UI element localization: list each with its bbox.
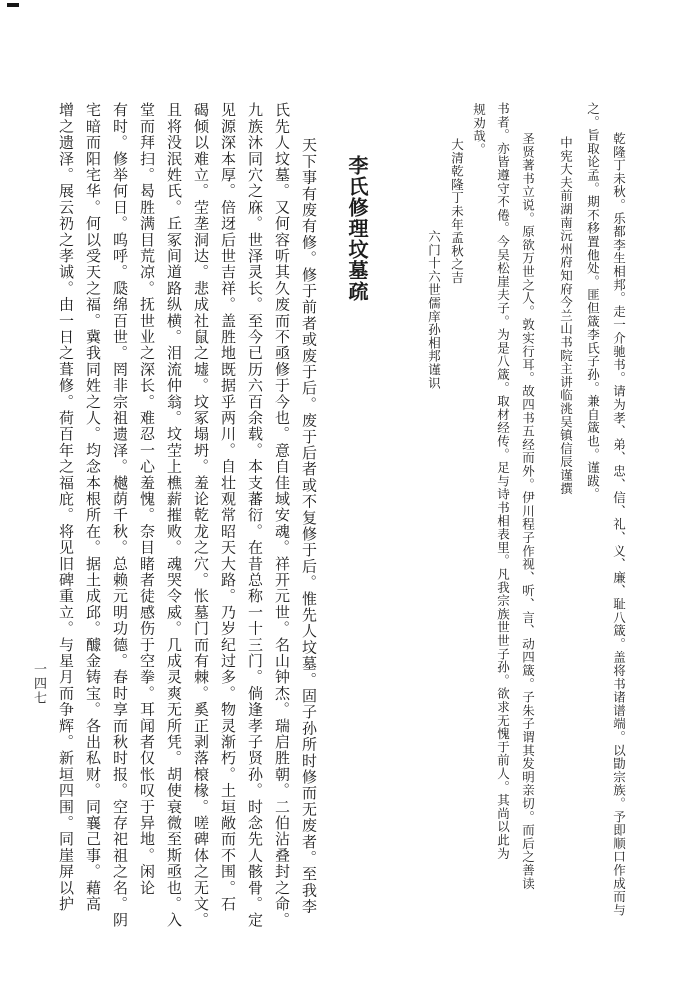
main-text-column-9: 宅暗而阳宅华。何以受天之福。冀我同姓之人。均念本根所在。据土成邱。醵金铸宝。各出…: [85, 102, 100, 912]
colophon-signature-wuzhen: 中宪大夫前湖南沅州府知府今兰山书院主讲临洮吴镇信辰谨撰: [559, 136, 572, 495]
page-title: 李氏修理坟墓疏: [347, 155, 367, 302]
colophon-date-line: 大清乾隆丁未年孟秋之吉: [450, 138, 463, 284]
colophon-column-6: 规劝哉。: [472, 103, 485, 156]
colophon-column-5: 书者。亦皆遵守不倦。今吴松崖夫子。为是八箴。取材经传。足与诗书相表里。凡我宗族世…: [496, 102, 509, 860]
colophon-column-1: 乾隆丁未秋。乐都李生相邦。走一介驰书。请为孝、弟、忠、信、礼、义、廉、耻八箴。盖…: [612, 132, 625, 917]
scan-edge-mark: [7, 3, 19, 7]
page-number: 一四七: [32, 662, 45, 706]
main-text-column-1: 天下事有废有修。修于前者或废于后。废于后者或不复修于后。惟先人坟墓。固子孙所时修…: [301, 137, 316, 915]
main-text-column-5: 碣倾以难立。茔垄洞达。悲成社鼠之墟。坟冢塌坍。羞论乾龙之穴。怅墓门而有棘。奚正剥…: [193, 102, 208, 928]
main-text-column-2: 氏先人坟墓。又何容听其久废而不亟修于今也。意自佳域安魂。祥开元世。名山钟杰。瑞启…: [274, 102, 289, 928]
main-text-column-3: 九族沐同穴之庥。世泽灵长。至今已历六百余载。本支蕃衍。在昔总称一十三门。倘逢孝子…: [247, 102, 262, 928]
main-text-column-4: 见源深本厚。倍迓后世吉祥。盖胜地既据乎两川。自壮观常昭天大路。乃岁纪过多。物灵渐…: [220, 102, 235, 912]
main-text-column-10: 增之遗泽。展云礽之孝诚。由一日之葺修。荷百年之福庇。将见旧碑重立。与星月而争辉。…: [58, 102, 73, 912]
main-text-column-8: 有时。修举何日。呜呼。瓞绵百世。罔非宗祖遗泽。樾荫千秋。总赖元明功德。春时享而秋…: [112, 102, 127, 928]
colophon-signature-xiangbang: 六门十六世儒庠孙相邦谨识: [427, 230, 440, 390]
scanned-book-page: 乾隆丁未秋。乐都李生相邦。走一介驰书。请为孝、弟、忠、信、礼、义、廉、耻八箴。盖…: [0, 0, 674, 1007]
main-text-column-7: 堂而拜扫。曷胜满目荒凉。抚世业之深长。难忍一心羞愧。奈目睹者徒感伤于空拳。耳闻者…: [139, 102, 154, 896]
colophon-column-4: 圣贤著书立说。原欲万世之人。敦实行耳。故四书五经而外。伊川程子作视、听、言、动四…: [521, 132, 534, 890]
main-text-column-6: 且将没泯姓氏。丘冢间道路纵横。泪流仲翁。坟茔上樵薪摧败。魂哭令威。几成灵爽无所凭…: [166, 102, 181, 928]
colophon-column-2: 之。旨取论孟。期不移置他处。匪但箴李氏子孙。兼自箴也。谨跋。: [586, 102, 599, 501]
